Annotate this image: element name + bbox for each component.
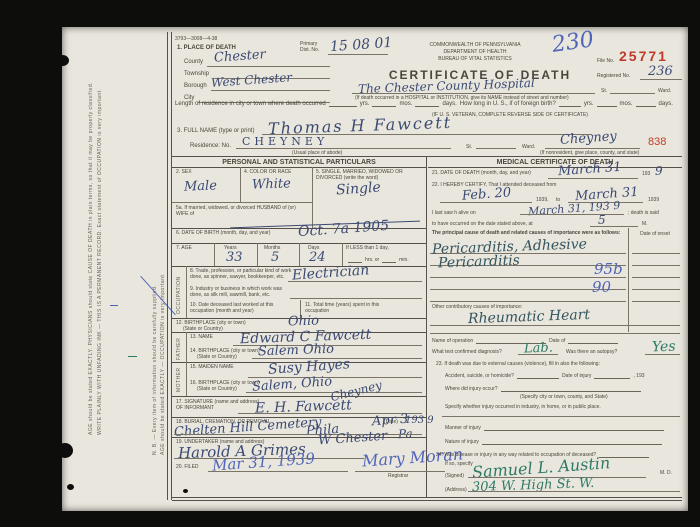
state-country-note: (State or Country) [197,386,237,392]
veteran-note: (IF U. S. VETERAN, COMPLETE REVERSE SIDE… [432,112,588,118]
age-months-value: 5 [271,251,279,264]
st-label: St. [466,144,472,150]
min-label: min. [399,257,408,263]
burial-date-value: Apr 3 [372,413,409,429]
specify-where-label: Specify whether injury occurred in indus… [445,404,601,410]
form-border [167,32,168,500]
sex-value: Male [184,179,217,193]
registered-no-label: Registered No. [597,73,630,79]
accident-label: Accident, suicide, or homicide? [445,373,514,379]
burial-year-value: 193 9 [405,416,434,426]
filed-label: 20. FILED [176,464,199,470]
ink-speck [67,484,74,490]
yrs-label: yrs. [584,101,594,107]
informant-label: 17. SIGNATURE (name and address) OF INFO… [176,399,266,411]
external-causes-label: 23. If death was due to external causes … [436,361,600,367]
punch-hole [57,443,73,458]
injury-date-label: Date of injury [562,373,591,379]
death-certificate-scan: AGE should be stated EXACTLY. PHYSICIANS… [0,0,700,527]
st-label: St. [601,88,607,94]
punch-hole [56,55,69,66]
township-label: Township [184,71,209,78]
year-print: 1939, [536,197,549,203]
birthplace-value: Ohio [288,314,319,328]
father-name-label: 13. NAME [190,334,213,340]
file-no-stamp: 25771 [619,48,668,64]
occurred-label: to have occurred on the date stated abov… [432,221,533,227]
age-days-value: 24 [309,251,326,264]
less-than-day-label: If LESS than 1 day, [346,245,389,251]
primary-dist-value: 15 08 01 [330,36,393,54]
father-bp-value: Salem Ohio [258,343,334,359]
race-value: White [252,177,291,191]
bureau-line: BUREAU OF VITAL STATISTICS [395,56,555,62]
ward-value: Cheyney [560,130,618,147]
pencil-mark [128,356,137,357]
margin-note: AGE should be stated EXACTLY. PHYSICIANS… [88,82,94,435]
death-said-label: ; death is said [628,210,659,216]
md-label: M. D. [660,470,672,476]
file-no-label: File No. [597,58,614,64]
autopsy-value: Yes [652,340,676,355]
pencil-mark [110,305,118,306]
ink-speck [183,489,188,493]
residence-value: CHEYNEY [242,136,328,147]
specify-city-note: (Specify city or town, county, and State… [520,394,608,400]
date-of-death-label: 21. DATE OF DEATH (month, day, and year) [432,170,531,176]
how-long-us-label: How long in U. S., if of foreign birth? [460,101,556,107]
days-label: days. [442,101,456,107]
hour-of-death-value: 5 [598,214,606,226]
year-print: 1939 [648,197,659,203]
m-label: M. [642,221,648,227]
registered-no-value: 236 [648,65,673,78]
marital-value: Single [336,180,382,197]
test-label: What test confirmed diagnosis? [432,349,502,355]
red-number: 838 [648,136,666,148]
handwritten-230: 230 [551,29,596,57]
where-injury-label: Where did injury occur? [445,386,498,392]
trade-label: 8. Trade, profession, or particular kind… [190,268,295,280]
mos-label: mos. [399,101,412,107]
residence-length-label: Length of residence in city or town wher… [175,101,326,107]
commonwealth-line: COMMONWEALTH OF PENNSYLVANIA [395,42,555,48]
cause-code-1: 95b [594,262,623,277]
manner-of-injury-label: Manner of injury [445,425,481,431]
county-value: Chester [214,48,267,65]
mos-label: mos. [620,101,633,107]
date-of-onset-label: Date of onset [632,231,678,237]
father-side-label: FATHER [176,338,182,360]
mother-side-label: MOTHER [176,367,182,392]
nature-of-injury-label: Nature of injury [445,439,479,445]
yrs-label: yrs. [360,101,370,107]
margin-note: WRITE PLAINLY WITH UNFADING INK — THIS I… [97,89,103,435]
if-so-specify-label: If so, specify [445,461,473,467]
signed-label: (Signed) [445,473,464,479]
margin-note: N. B. — Every item of information should… [152,285,158,455]
year-hw: 9 [655,165,663,177]
autopsy-label: Was there an autopsy? [566,349,617,355]
age-years-value: 33 [226,251,243,264]
injury-year-label: , 193 [633,373,644,379]
registrar-label: Registrar [388,473,408,479]
department-line: DEPARTMENT OF HEALTH [395,49,555,55]
contributory-value: Rheumatic Heart [468,308,590,326]
attended-from-value: Feb. 20 [462,186,512,202]
husband-of-label: 5a. If married, widowed, or divorced HUS… [176,205,296,217]
ward-label: Ward. [522,144,535,150]
year-print: 193 [642,171,650,177]
address-label: (Address) [445,487,467,493]
form-number: 3793—3008—4-38 [175,36,217,42]
sex-label: 2. SEX [176,169,192,175]
dob-label: 6. DATE OF BIRTH (month, day, and year) [176,230,270,236]
operation-label: Name of operation [432,338,473,344]
industry-label: 9. Industry or business in which work wa… [190,286,295,298]
principal-cause-label: The principal cause of death and related… [432,230,624,236]
cause-of-death-line2: Pericarditis [438,254,520,271]
state-country-note: (State or Country) [197,354,237,360]
residence-label: Residence: No. [190,143,231,150]
primary-dist-label: Primary Dist. No. [300,41,328,53]
occupation-side-label: OCCUPATION [176,276,182,314]
county-label: County [184,59,203,66]
cause-code-2: 90 [592,280,611,295]
mother-name-label: 15. MAIDEN NAME [190,364,234,370]
last-worked-label: 10. Date deceased last worked at this oc… [190,302,290,314]
race-label: 4. COLOR OR RACE [244,169,292,175]
age-label: 7. AGE [176,245,192,251]
total-time-label: 11. Total time (years) spent in this occ… [305,302,390,314]
ward-label: Ward. [658,88,671,94]
last-saw-label: I last saw h alive on [432,210,476,216]
days-label: days. [659,101,673,107]
borough-label: Borough [184,83,207,90]
